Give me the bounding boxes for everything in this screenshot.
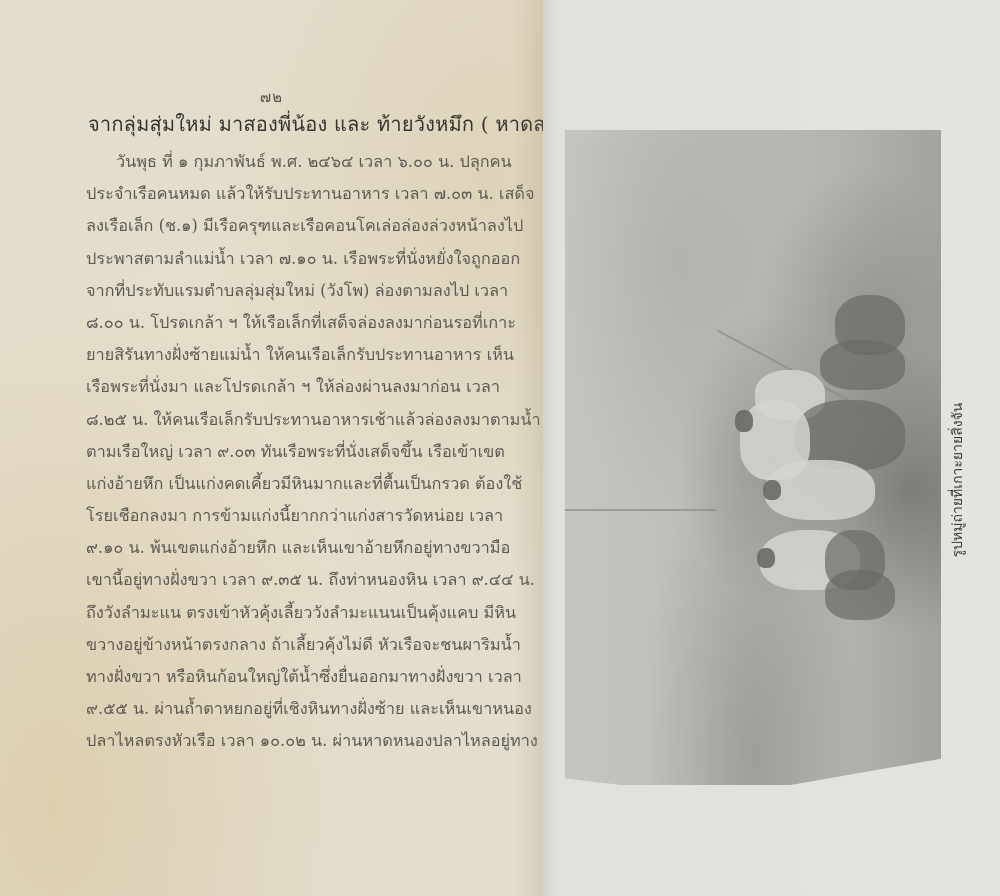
body-text: วันพุธ ที่ ๑ กุมภาพันธ์ พ.ศ. ๒๔๖๔ เวลา ๖… xyxy=(86,146,500,758)
text-line: จากที่ประทับแรมตำบลลุ่มสุ่มใหม่ (วังโพ) … xyxy=(86,275,500,307)
text-line: ถึงวังลำมะแน ตรงเข้าหัวคุ้งเลี้ยววังลำมะ… xyxy=(86,597,500,629)
text-line: ยายสิรันทางฝั่งซ้ายแม่น้ำ ให้คนเรือเล็กร… xyxy=(86,339,500,371)
text-line: แก่งอ้ายหึก เป็นแก่งคดเคี้ยวมีหินมากและท… xyxy=(86,468,500,500)
text-line: ตามเรือใหญ่ เวลา ๙.๐๓ ทันเรือพระที่นั่งเ… xyxy=(86,436,500,468)
photo-figure xyxy=(735,410,753,432)
text-line: ๘.๐๐ น. โปรดเกล้า ฯ ให้เรือเล็กที่เสด็จล… xyxy=(86,307,500,339)
left-page: ๗๒ จากลุ่มสุ่มใหม่ มาสองพี่น้อง และ ท้าย… xyxy=(0,0,543,896)
photo-figure xyxy=(825,570,895,620)
text-line: ๘.๒๕ น. ให้คนเรือเล็กรับประทานอาหารเช้าแ… xyxy=(86,404,500,436)
text-line: ทางฝั่งขวา หรือหินก้อนใหญ่ใต้น้ำซึ่งยื่น… xyxy=(86,661,500,693)
photo-figure xyxy=(757,548,775,568)
text-line: ขวางอยู่ข้างหน้าตรงกลาง ถ้าเลี้ยวคุ้งไม่… xyxy=(86,629,500,661)
text-line: เรือพระที่นั่งมา และโปรดเกล้า ฯ ให้ล่องผ… xyxy=(86,371,500,403)
photo-pole xyxy=(546,509,716,511)
text-line: ๙.๕๕ น. ผ่านถ้ำตาหยกอยู่ที่เชิงหินทางฝั่… xyxy=(86,693,500,725)
photo-figure xyxy=(765,460,875,520)
text-line: ๙.๑๐ น. พ้นเขตแก่งอ้ายหึก และเห็นเขาอ้าย… xyxy=(86,532,500,564)
text-line: วันพุธ ที่ ๑ กุมภาพันธ์ พ.ศ. ๒๔๖๔ เวลา ๖… xyxy=(86,146,500,178)
page-number: ๗๒ xyxy=(0,85,543,109)
photo-figure xyxy=(820,340,905,390)
text-line: เขานี้อยู่ทางฝั่งขวา เวลา ๙.๓๕ น. ถึงท่า… xyxy=(86,564,500,596)
text-line: ลงเรือเล็ก (ช.๑) มีเรือครุฑและเรือคอนโคเ… xyxy=(86,210,500,242)
photo-caption: รูปหมู่ถ่ายที่เกาะยายสิ่งจัน xyxy=(947,403,969,558)
text-line: โรยเชือกลงมา การข้ามแก่งนี้ยากกว่าแก่งสา… xyxy=(86,500,500,532)
text-line: ปลาไหลตรงหัวเรือ เวลา ๑๐.๐๒ น. ผ่านหาดหน… xyxy=(86,725,500,757)
text-line: ประจำเรือคนหมด แล้วให้รับประทานอาหาร เวล… xyxy=(86,178,500,210)
section-heading: จากลุ่มสุ่มใหม่ มาสองพี่น้อง และ ท้ายวัง… xyxy=(88,108,528,140)
text-line: ประพาสตามลำแม่น้ำ เวลา ๗.๑๐ น. เรือพระที… xyxy=(86,243,500,275)
group-photograph xyxy=(565,130,941,785)
photo-figure xyxy=(763,480,781,500)
